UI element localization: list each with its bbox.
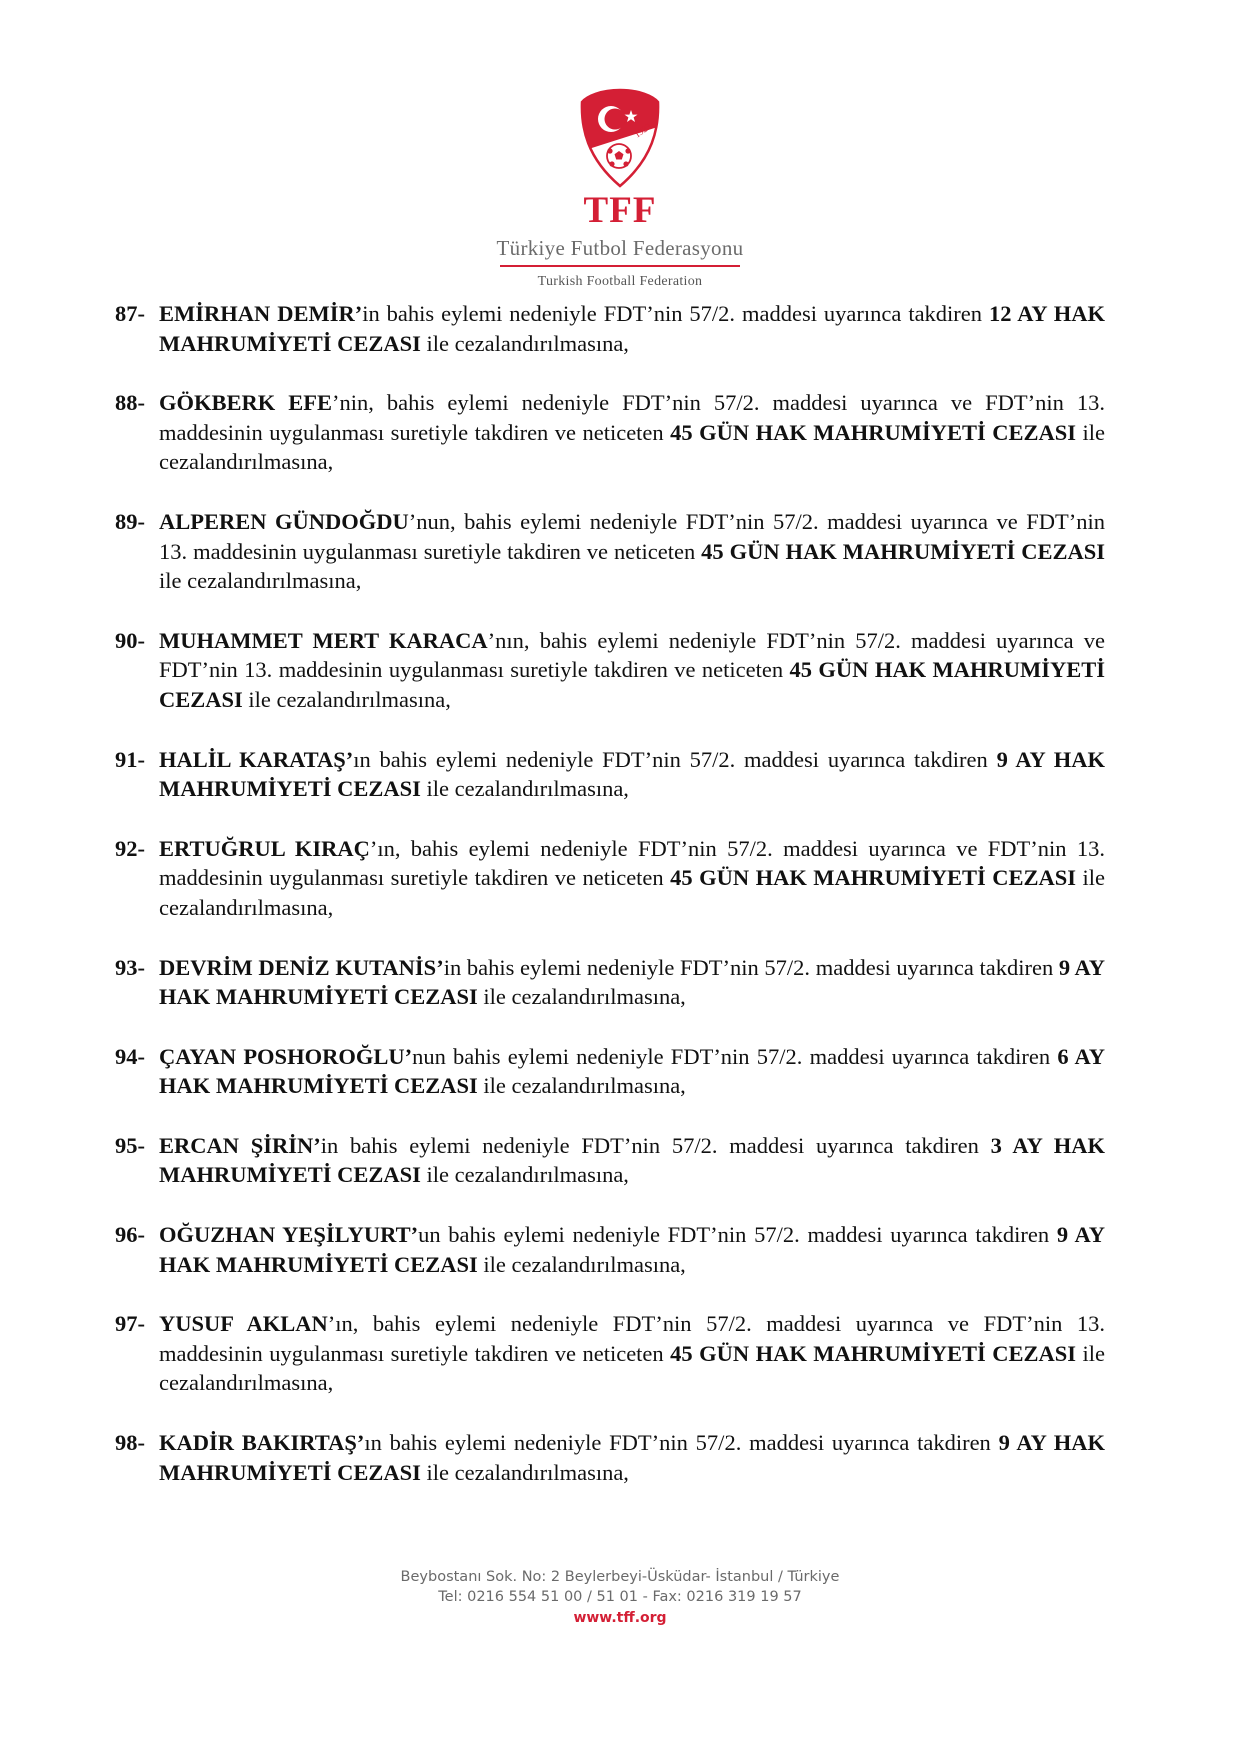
bold-text-run: MUHAMMET MERT KARACA (159, 628, 488, 653)
list-item: 92-ERTUĞRUL KIRAÇ’ın, bahis eylemi neden… (115, 834, 1105, 923)
footer-website-link[interactable]: www.tff.org (0, 1608, 1240, 1628)
list-item: 89-ALPEREN GÜNDOĞDU’nun, bahis eylemi ne… (115, 507, 1105, 596)
list-item: 95-ERCAN ŞİRİN’in bahis eylemi nedeniyle… (115, 1131, 1105, 1190)
item-number: 88- (115, 388, 145, 418)
item-number: 95- (115, 1131, 145, 1161)
bold-text-run: ÇAYAN POSHOROĞLU’ (159, 1044, 412, 1069)
bold-text-run: 45 GÜN HAK MAHRUMİYETİ CEZASI (670, 1341, 1076, 1366)
text-run: ın bahis eylemi nedeniyle FDT’nin 57/2. … (364, 1430, 998, 1455)
bold-text-run: KADİR BAKIRTAŞ’ (159, 1430, 364, 1455)
item-number: 87- (115, 299, 145, 329)
header-divider (500, 265, 740, 267)
item-number: 93- (115, 953, 145, 983)
item-number: 97- (115, 1309, 145, 1339)
bold-text-run: OĞUZHAN YEŞİLYURT’ (159, 1222, 418, 1247)
footer-address: Beybostanı Sok. No: 2 Beylerbeyi-Üsküdar… (0, 1567, 1240, 1587)
page-footer: Beybostanı Sok. No: 2 Beylerbeyi-Üsküdar… (0, 1567, 1240, 1628)
bold-text-run: 45 GÜN HAK MAHRUMİYETİ CEZASI (701, 539, 1105, 564)
item-number: 94- (115, 1042, 145, 1072)
text-run: in bahis eylemi nedeniyle FDT’nin 57/2. … (444, 955, 1059, 980)
text-run: ile cezalandırılmasına, (478, 1073, 686, 1098)
bold-text-run: ERTUĞRUL KIRAÇ (159, 836, 370, 861)
list-item: 94-ÇAYAN POSHOROĞLU’nun bahis eylemi ned… (115, 1042, 1105, 1101)
item-number: 92- (115, 834, 145, 864)
bold-text-run: ALPEREN GÜNDOĞDU (159, 509, 409, 534)
bold-text-run: 45 GÜN HAK MAHRUMİYETİ CEZASI (670, 420, 1076, 445)
text-run: ile cezalandırılmasına, (478, 984, 686, 1009)
bold-text-run: DEVRİM DENİZ KUTANİS’ (159, 955, 444, 980)
text-run: ile cezalandırılmasına, (243, 687, 451, 712)
text-run: un bahis eylemi nedeniyle FDT’nin 57/2. … (418, 1222, 1057, 1247)
letterhead: 1923 TFF Türkiye Futbol Federasyonu Turk… (0, 88, 1240, 292)
text-run: in bahis eylemi nedeniyle FDT’nin 57/2. … (321, 1133, 991, 1158)
bold-text-run: HALİL KARATAŞ’ (159, 747, 353, 772)
text-run: in bahis eylemi nedeniyle FDT’nin 57/2. … (362, 301, 989, 326)
text-run: ile cezalandırılmasına, (159, 568, 361, 593)
bold-text-run: YUSUF AKLAN (159, 1311, 328, 1336)
text-run: nun bahis eylemi nedeniyle FDT’nin 57/2.… (412, 1044, 1057, 1069)
bold-text-run: 45 GÜN HAK MAHRUMİYETİ CEZASI (670, 865, 1076, 890)
list-item: 91-HALİL KARATAŞ’ın bahis eylemi nedeniy… (115, 745, 1105, 804)
bold-text-run: ERCAN ŞİRİN’ (159, 1133, 321, 1158)
decision-list: 87-EMİRHAN DEMİR’in bahis eylemi nedeniy… (115, 299, 1105, 1517)
footer-phone-fax: Tel: 0216 554 51 00 / 51 01 - Fax: 0216 … (0, 1587, 1240, 1607)
text-run: ile cezalandırılmasına, (421, 331, 629, 356)
organization-name-turkish: Türkiye Futbol Federasyonu (0, 235, 1240, 261)
list-item: 96-OĞUZHAN YEŞİLYURT’un bahis eylemi ned… (115, 1220, 1105, 1279)
item-number: 98- (115, 1428, 145, 1458)
text-run: ile cezalandırılmasına, (421, 1460, 629, 1485)
item-number: 90- (115, 626, 145, 656)
list-item: 87-EMİRHAN DEMİR’in bahis eylemi nedeniy… (115, 299, 1105, 358)
text-run: ile cezalandırılmasına, (421, 776, 629, 801)
list-item: 98-KADİR BAKIRTAŞ’ın bahis eylemi nedeni… (115, 1428, 1105, 1487)
list-item: 90-MUHAMMET MERT KARACA’nın, bahis eylem… (115, 626, 1105, 715)
item-number: 91- (115, 745, 145, 775)
item-number: 89- (115, 507, 145, 537)
bold-text-run: GÖKBERK EFE (159, 390, 332, 415)
tff-crest-logo-icon: 1923 (579, 88, 661, 188)
item-number: 96- (115, 1220, 145, 1250)
bold-text-run: EMİRHAN DEMİR’ (159, 301, 362, 326)
list-item: 93-DEVRİM DENİZ KUTANİS’in bahis eylemi … (115, 953, 1105, 1012)
list-item: 88-GÖKBERK EFE’nin, bahis eylemi nedeniy… (115, 388, 1105, 477)
list-item: 97-YUSUF AKLAN’ın, bahis eylemi nedeniyl… (115, 1309, 1105, 1398)
organization-name-english: Turkish Football Federation (0, 272, 1240, 292)
document-page: 1923 TFF Türkiye Futbol Federasyonu Turk… (0, 0, 1240, 1755)
text-run: ile cezalandırılmasına, (478, 1252, 686, 1277)
logo-abbreviation: TFF (0, 191, 1240, 231)
text-run: ile cezalandırılmasına, (421, 1162, 629, 1187)
text-run: ın bahis eylemi nedeniyle FDT’nin 57/2. … (353, 747, 996, 772)
